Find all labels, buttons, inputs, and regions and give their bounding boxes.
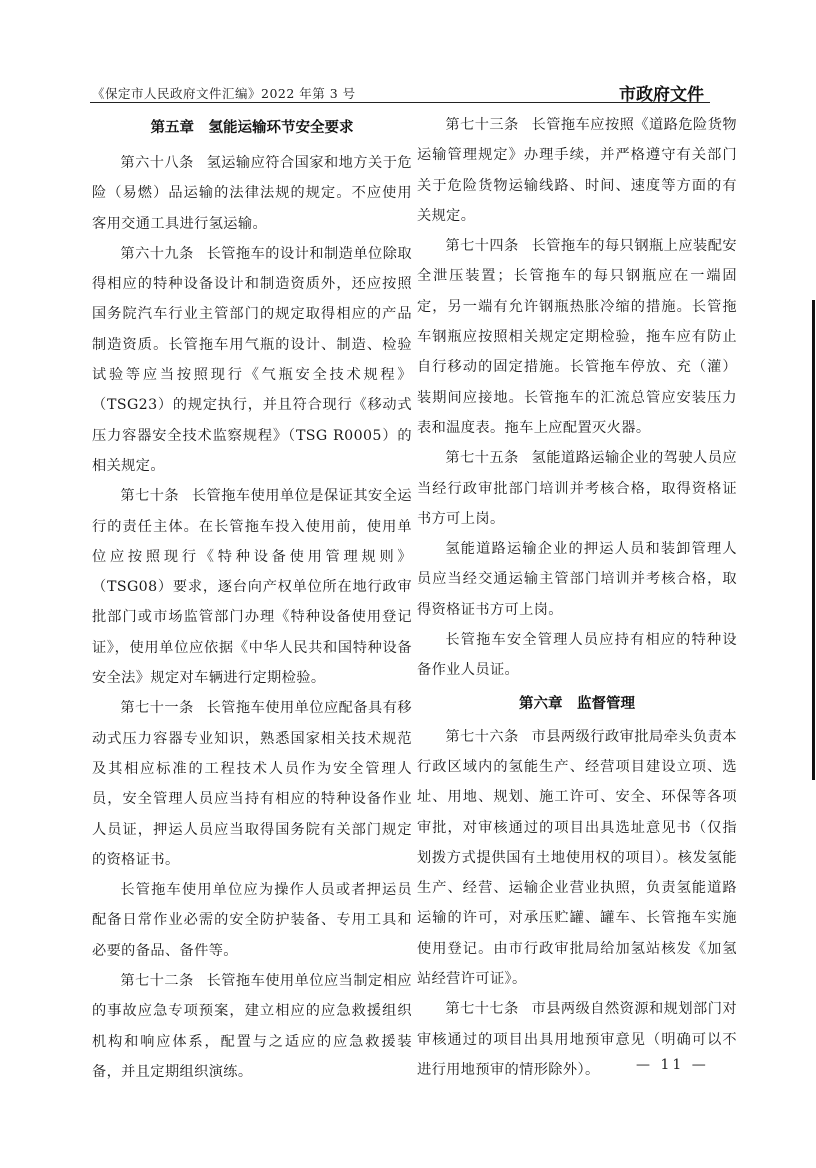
article-number: 第七十七条 (445, 1001, 518, 1017)
article-paragraph: 第七十条长管拖车使用单位是保证其安全运行的责任主体。在长管拖车投入使用前，使用单… (92, 481, 412, 693)
article-number: 第六十八条 (120, 155, 193, 171)
article-paragraph: 第七十三条长管拖车应按照《道路危险货物运输管理规定》办理手续，并严格遵守有关部门… (417, 110, 737, 231)
page-number: — 11 — (636, 1057, 709, 1073)
article-paragraph: 第七十四条长管拖车的每只钢瓶上应装配安全泄压装置；长管拖车的每只钢瓶应在一端固定… (417, 231, 737, 443)
article-number: 第七十二条 (120, 973, 193, 989)
publication-title: 《保定市人民政府文件汇编》2022 年第 3 号 (92, 84, 356, 102)
right-column: 第七十三条长管拖车应按照《道路危险货物运输管理规定》办理手续，并严格遵守有关部门… (417, 110, 737, 1085)
article-number: 第七十一条 (120, 700, 193, 716)
article-text: 氢能道路运输企业的押运人员和装卸管理人员应当经交通运输主管部门培训并考核合格，取… (417, 541, 737, 618)
article-paragraph: 第七十二条长管拖车使用单位应当制定相应的事故应急专项预案，建立相应的应急救援组织… (92, 966, 412, 1087)
article-text: 长管拖车使用单位应当制定相应的事故应急专项预案，建立相应的应急救援组织机构和响应… (92, 973, 412, 1080)
continuation-paragraph: 氢能道路运输企业的押运人员和装卸管理人员应当经交通运输主管部门培训并考核合格，取… (417, 534, 737, 625)
article-paragraph: 第七十五条氢能道路运输企业的驾驶人员应当经行政审批部门培训并考核合格，取得资格证… (417, 443, 737, 534)
article-text: 市县两级行政审批局牵头负责本行政区域内的氢能生产、经营项目建设立项、选址、用地、… (417, 729, 737, 987)
chapter-heading: 第六章 监督管理 (417, 686, 737, 722)
article-number: 第六十九条 (120, 246, 193, 262)
article-number: 第七十三条 (445, 117, 518, 133)
article-text: 长管拖车使用单位应配备具有移动式压力容器专业知识，熟悉国家相关技术规范及其相应标… (92, 700, 412, 867)
article-text: 长管拖车使用单位是保证其安全运行的责任主体。在长管拖车投入使用前，使用单位应按照… (92, 488, 412, 686)
article-number: 第七十六条 (445, 729, 518, 745)
continuation-paragraph: 长管拖车使用单位应为操作人员或者押运员配备日常作业必需的安全防护装备、专用工具和… (92, 875, 412, 966)
article-text: 长管拖车的设计和制造单位除取得相应的特种设备设计和制造资质外，还应按照国务院汽车… (92, 246, 412, 474)
continuation-paragraph: 长管拖车安全管理人员应持有相应的特种设备作业人员证。 (417, 625, 737, 686)
article-paragraph: 第七十一条长管拖车使用单位应配备具有移动式压力容器专业知识，熟悉国家相关技术规范… (92, 693, 412, 875)
article-number: 第七十四条 (445, 238, 518, 254)
article-number: 第七十条 (120, 488, 179, 504)
article-text: 长管拖车的每只钢瓶上应装配安全泄压装置；长管拖车的每只钢瓶应在一端固定，另一端有… (417, 238, 737, 436)
article-paragraph: 第七十六条市县两级行政审批局牵头负责本行政区域内的氢能生产、经营项目建设立项、选… (417, 722, 737, 995)
article-paragraph: 第六十九条长管拖车的设计和制造单位除取得相应的特种设备设计和制造资质外，还应按照… (92, 239, 412, 481)
article-text: 长管拖车安全管理人员应持有相应的特种设备作业人员证。 (417, 632, 737, 678)
running-header: 《保定市人民政府文件汇编》2022 年第 3 号 市政府文件 (90, 80, 710, 103)
chapter-heading: 第五章 氢能运输环节安全要求 (92, 110, 412, 146)
scan-edge-mark (812, 300, 815, 780)
article-text: 长管拖车使用单位应为操作人员或者押运员配备日常作业必需的安全防护装备、专用工具和… (92, 882, 412, 959)
article-number: 第七十五条 (445, 450, 518, 466)
section-label: 市政府文件 (619, 80, 704, 105)
left-column: 第五章 氢能运输环节安全要求 第六十八条氢运输应符合国家和地方关于危险（易燃）品… (92, 110, 412, 1087)
article-paragraph: 第六十八条氢运输应符合国家和地方关于危险（易燃）品运输的法律法规的规定。不应使用… (92, 148, 412, 239)
article-text: 长管拖车应按照《道路危险货物运输管理规定》办理手续，并严格遵守有关部门关于危险货… (417, 117, 737, 224)
